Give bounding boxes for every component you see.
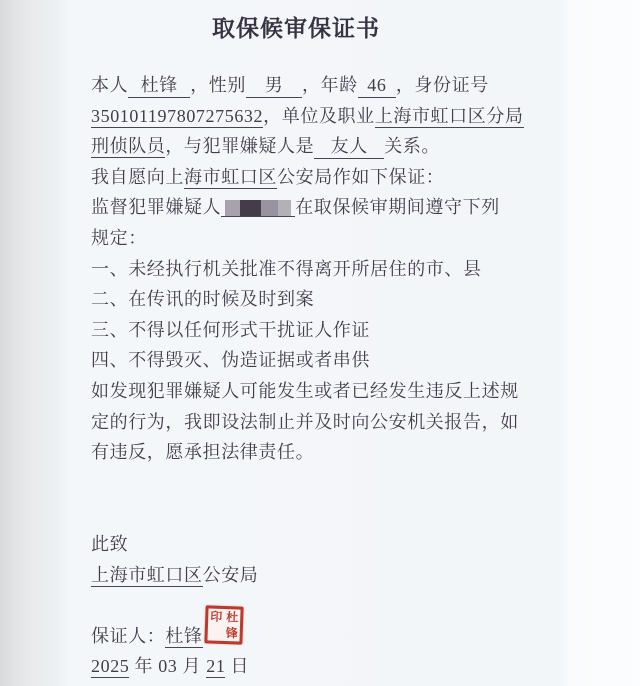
seal-char-right-bottom: 锋 [223,625,240,642]
text-segment: 日 [225,656,249,676]
text-line [91,590,570,621]
text-segment: 公安局 [203,565,259,585]
text-line: 上海市虹口区公安局 [91,560,570,591]
text-segment: 定的行为，我即设法制止并及时向公安机关报告，如 [91,412,519,432]
text-line: 四、不得毁灭、伪造证据或者串供 [91,345,570,376]
text-segment: ，性别 [190,75,246,95]
text-segment: ，年龄 [302,75,358,95]
text-segment: 我自愿向上 [91,167,184,187]
text-segment: 在取保候审期间遵守下列 [295,197,500,217]
text-line: 我自愿向上海市虹口区公安局作如下保证： [91,162,570,193]
document-page: 取保候审保证书 本人杜锋，性别男，年龄46，身份证号35010119780727… [68,0,570,686]
text-line [91,468,570,499]
text-segment: 监督犯罪嫌疑人 [91,197,221,217]
text-line: 监督犯罪嫌疑人在取保候审期间遵守下列 [91,192,570,223]
text-line [91,498,570,529]
text-segment: ，身份证号 [396,75,489,95]
text-segment: 有违反，愿承担法律责任。 [91,442,314,462]
personal-name-seal: 印 杜 锋 [204,605,243,644]
text-segment: 规定： [91,228,147,248]
text-line: 2025 年 03 月 21 日 [91,651,570,682]
underlined-text: 杜锋 [165,626,202,648]
text-line: 定的行为，我即设法制止并及时向公安机关报告，如 [91,407,570,438]
mosaic-cell [225,200,240,216]
underlined-text: 海市虹口区 [184,167,277,189]
text-segment: 二、在传讯的时候及时到案 [91,289,314,309]
scanned-document: 取保候审保证书 本人杜锋，性别男，年龄46，身份证号35010119780727… [0,0,640,686]
underlined-text: 350101197807275632 [91,106,263,128]
text-line: 350101197807275632，单位及职业上海市虹口区分局 [91,101,570,132]
seal-char-left: 印 [208,608,225,625]
text-segment: 本人 [91,75,128,95]
filled-blank-field: 杜锋 [128,74,190,98]
text-segment: 关系。 [384,136,440,156]
text-segment: 年 03 月 [129,656,206,676]
text-segment: ，单位及职业 [263,106,375,126]
text-line: 一、未经执行机关批准不得离开所居住的市、县 [91,254,570,285]
text-line: 如发现犯罪嫌疑人可能发生或者已经发生违反上述规 [91,376,570,407]
underlined-text: 21 [206,656,225,678]
text-line: 本人杜锋，性别男，年龄46，身份证号 [91,70,570,101]
text-segment: 一、未经执行机关批准不得离开所居住的市、县 [91,259,482,279]
text-segment: 四、不得毁灭、伪造证据或者串供 [91,350,370,370]
mosaic-cell [261,200,278,216]
text-line: 保证人：杜锋 [91,621,570,652]
page-title: 取保候审保证书 [212,16,380,41]
filled-blank-field: 友人 [314,135,384,159]
text-line: 此致 [91,529,570,560]
document-body: 本人杜锋，性别男，年龄46，身份证号350101197807275632，单位及… [91,70,570,682]
mosaic-cell [240,200,261,216]
underlined-text: 刑侦队员 [91,136,165,158]
underlined-text: 上海市虹口区分局 [375,106,524,128]
text-segment: 保证人： [91,626,165,646]
text-line: 规定： [91,223,570,254]
text-segment: 如发现犯罪嫌疑人可能发生或者已经发生违反上述规 [91,381,519,401]
text-segment: 三、不得以任何形式干扰证人作证 [91,320,370,340]
text-segment: ，与犯罪嫌疑人是 [165,136,314,156]
filled-blank-field: 男 [246,74,302,98]
redacted-name-mosaic [221,196,295,217]
text-line: 有违反，愿承担法律责任。 [91,437,570,468]
text-segment: 公安局作如下保证： [277,167,444,187]
mosaic-cell [278,200,291,216]
title-row: 取保候审保证书 [68,10,524,43]
text-line: 二、在传讯的时候及时到案 [91,284,570,315]
text-line: 三、不得以任何形式干扰证人作证 [91,315,570,346]
filled-blank-field: 46 [358,74,396,98]
underlined-text: 2025 [91,656,129,678]
seal-char-right-top: 杜 [224,609,241,626]
underlined-text: 上海市虹口区 [91,565,203,587]
text-line: 刑侦队员，与犯罪嫌疑人是友人关系。 [91,131,570,162]
text-segment: 此致 [91,534,128,554]
